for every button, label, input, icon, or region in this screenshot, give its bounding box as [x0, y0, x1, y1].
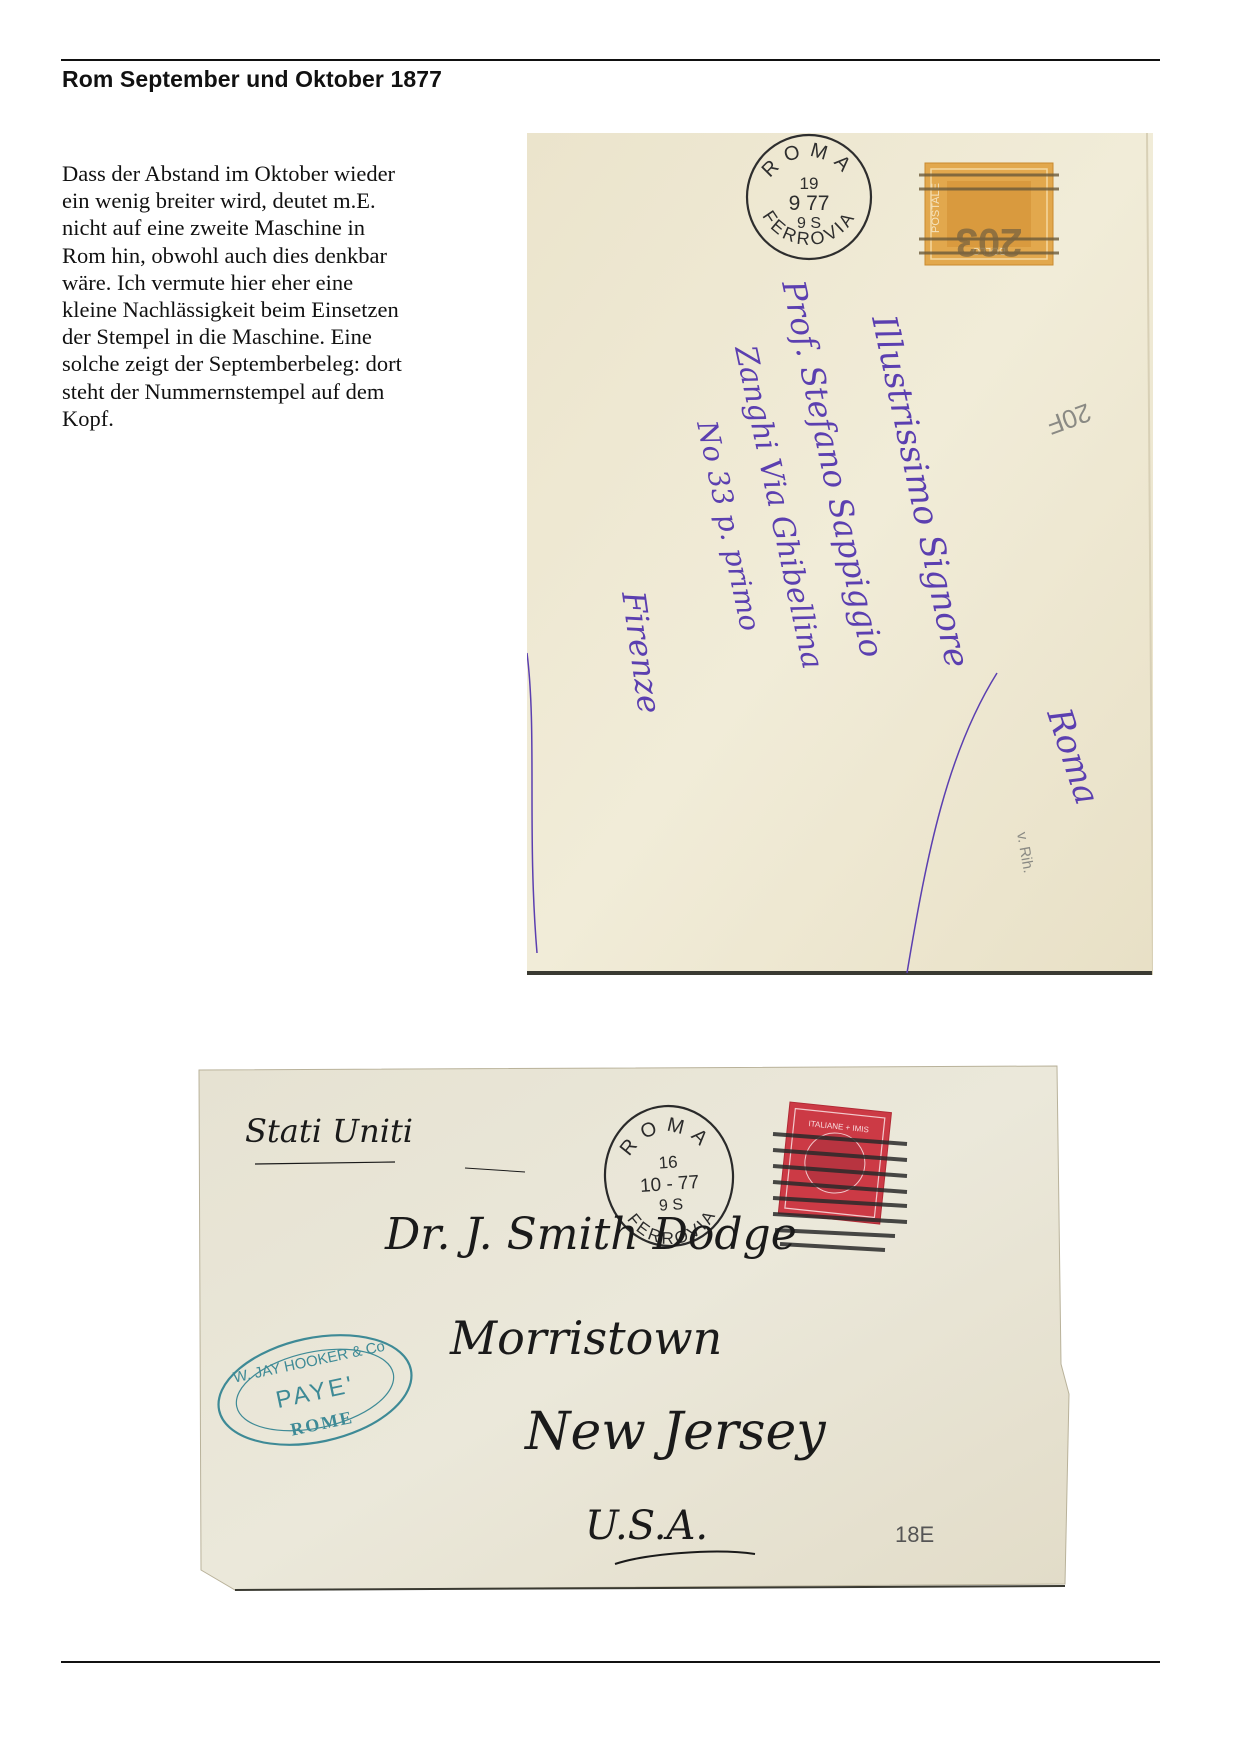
svg-text:16: 16 — [658, 1152, 678, 1172]
paragraph-line: ein wenig breiter wird, deutet m.E. — [62, 187, 512, 214]
paragraph-line: Dass der Abstand im Oktober wieder — [62, 160, 512, 187]
svg-text:Dr. J. Smith Dodge: Dr. J. Smith Dodge — [384, 1209, 797, 1260]
pencil-note: 18E — [895, 1522, 934, 1547]
postage-stamp-orange: POSTALE BOLLO 203 — [919, 163, 1059, 265]
paragraph-line: steht der Nummernstempel auf dem — [62, 378, 512, 405]
paragraph-line: Rom hin, obwohl auch dies denkbar — [62, 242, 512, 269]
routing-note: Stati Uniti — [245, 1112, 413, 1150]
svg-text:9 S: 9 S — [797, 215, 821, 232]
cover-september-image: ROMA FERROVIA 19 9 77 9 S POSTALE BOLLO … — [527, 133, 1153, 975]
page-title: Rom September und Oktober 1877 — [62, 66, 442, 93]
bottom-rule — [61, 1661, 1160, 1663]
paragraph-line: kleine Nachlässigkeit beim Einsetzen — [62, 296, 512, 323]
svg-text:U.S.A.: U.S.A. — [585, 1503, 708, 1549]
svg-text:New Jersey: New Jersey — [523, 1402, 826, 1462]
cover-october-image: Stati Uniti ROMA FERROVIA 16 10 - 77 9 S… — [195, 1064, 1073, 1594]
svg-text:203: 203 — [956, 220, 1023, 264]
paragraph-line: Kopf. — [62, 405, 512, 432]
top-rule — [61, 59, 1160, 61]
description-paragraph: Dass der Abstand im Oktober wieder ein w… — [62, 160, 512, 432]
paragraph-line: wäre. Ich vermute hier eher eine — [62, 269, 512, 296]
svg-text:Morristown: Morristown — [449, 1311, 722, 1365]
svg-text:19: 19 — [800, 174, 819, 193]
paragraph-line: der Stempel in die Maschine. Eine — [62, 323, 512, 350]
paragraph-line: solche zeigt der Septemberbeleg: dort — [62, 350, 512, 377]
svg-text:POSTALE: POSTALE — [930, 183, 942, 233]
svg-text:10 - 77: 10 - 77 — [639, 1172, 699, 1197]
paragraph-line: nicht auf eine zweite Maschine in — [62, 214, 512, 241]
svg-text:9 77: 9 77 — [789, 192, 830, 215]
